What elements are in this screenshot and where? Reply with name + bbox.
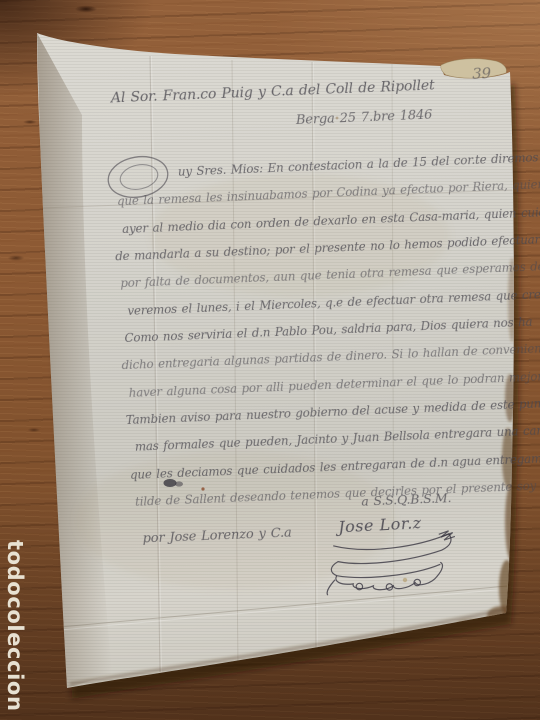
manuscript-line: que la remesa les insinuabamos por Codin… [117, 178, 540, 208]
manuscript-line: haver alguna cosa por alli pueden determ… [129, 371, 540, 399]
photo-of-manuscript: Al Sor. Fran.co Puig y C.a del Coll de R… [0, 0, 540, 720]
manuscript-heading: Al Sor. Fran.co Puig y C.a del Coll de R… [111, 78, 435, 105]
manuscript-line: Tambien aviso para nuestro gobierno del … [126, 398, 540, 427]
manuscript-line: que les deciamos que cuidados les entreg… [130, 452, 540, 481]
manuscript-line: uy Sres. Mios: En contestacion a la de 1… [178, 151, 540, 179]
manuscript-line: dicho entregaria algunas partidas de din… [121, 342, 540, 372]
manuscript-line: de mandarla a su destino; por el present… [115, 231, 540, 263]
page-number: 39 [472, 66, 491, 82]
manuscript-dateline: Berga 25 7.bre 1846 [296, 109, 433, 127]
manuscript-line: Como nos serviria el d.n Pablo Pou, sald… [124, 317, 532, 345]
manuscript-line: mas formales que pueden, Jacinto y Juan … [135, 425, 540, 454]
signature-rubric-flourish [321, 528, 484, 596]
manuscript-closing-courtesy: a S.S.Q.B.S.M. [361, 492, 452, 508]
signature-block: Jose Lor.z [320, 512, 494, 607]
manuscript-line: veremos el lunes, i el Miercoles, q.e de… [127, 287, 540, 318]
watermark-text: todocoleccion [4, 540, 25, 720]
manuscript-closing-firm: por Jose Lorenzo y C.a [142, 527, 292, 546]
manuscript-line: tilde de Sallent deseando tenemos que de… [135, 477, 540, 508]
manuscript-line: ayer al medio dia con orden de dexarlo e… [122, 206, 540, 236]
manuscript-line: por falta de documentos, aun que tenia o… [120, 259, 540, 290]
